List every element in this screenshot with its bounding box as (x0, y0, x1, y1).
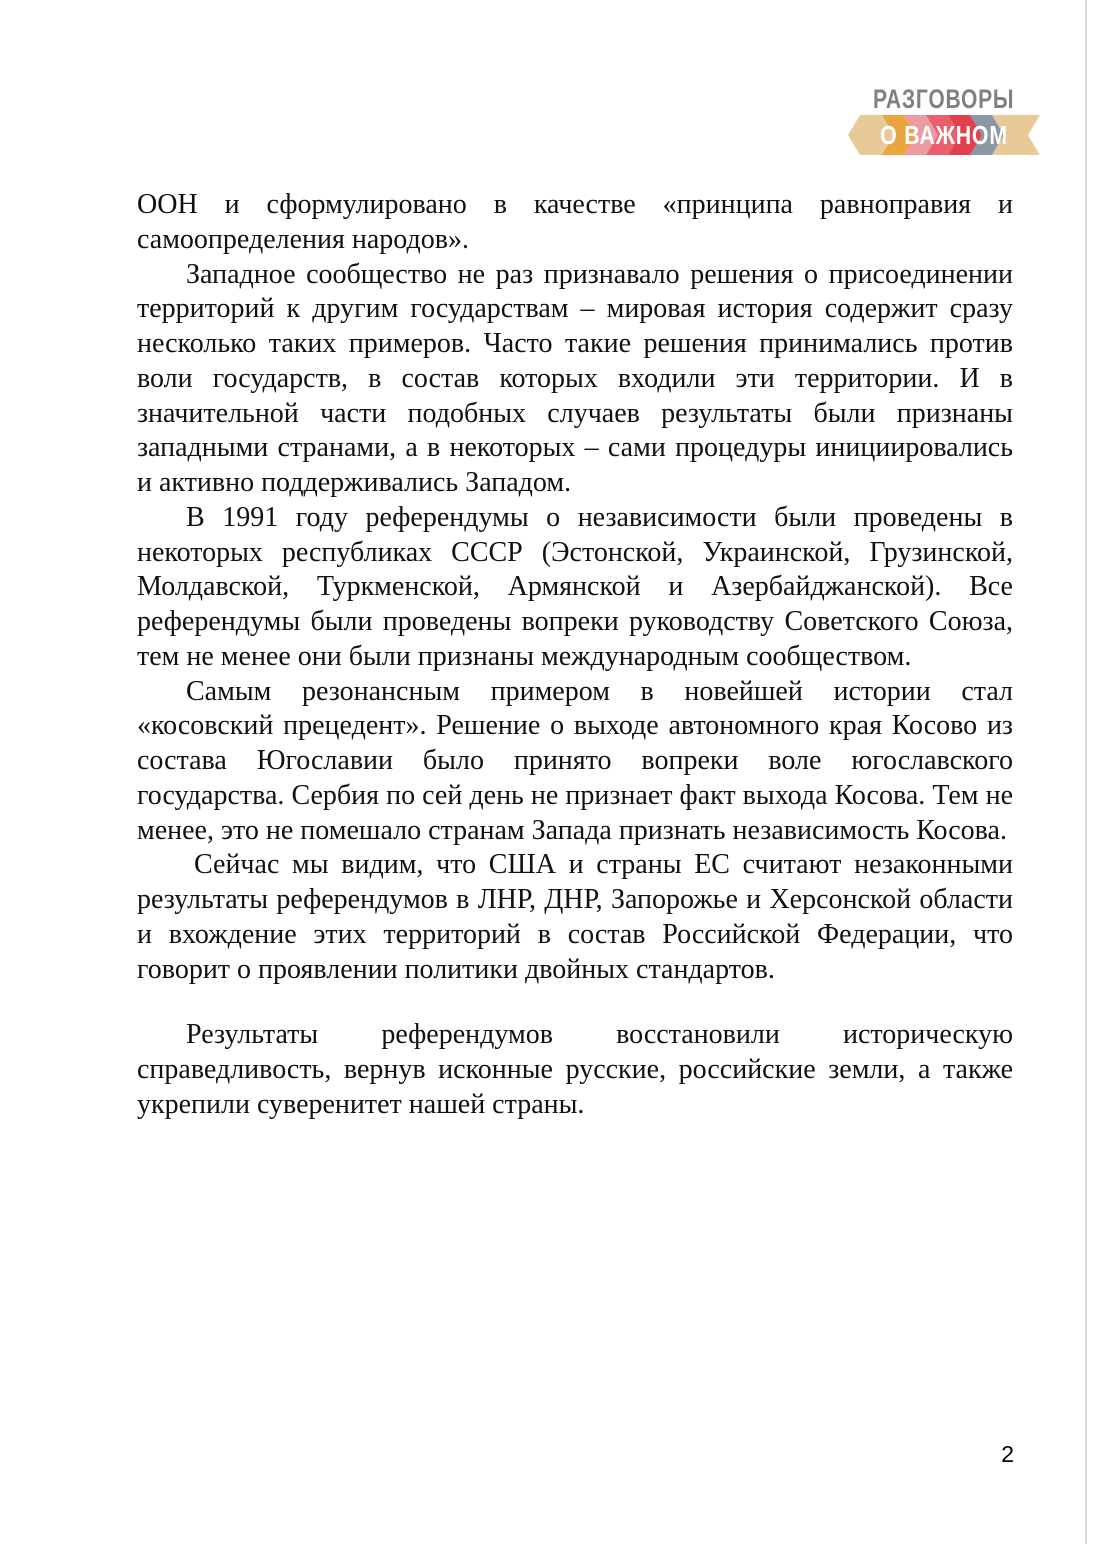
logo-title-text: РАЗГОВОРЫ (873, 84, 1014, 114)
page-edge-line (1085, 0, 1087, 1544)
paragraph-1991-referendums: В 1991 году референдумы о независимости … (137, 501, 1013, 675)
paragraph-usa-eu: Сейчас мы видим, что США и страны ЕС счи… (137, 848, 1013, 987)
paragraph-kosovo-precedent: Самым резонансным примером в новейшей ис… (137, 675, 1013, 849)
logo-banner: О ВАЖНОМ (846, 115, 1042, 155)
paragraph-continuation: ООН и сформулировано в качестве «принцип… (137, 188, 1013, 258)
document-page-text: ООН и сформулировано в качестве «принцип… (137, 188, 1013, 1123)
paragraph-western-community: Западное сообщество не раз признавало ре… (137, 258, 1013, 501)
page-number: 2 (1001, 1441, 1014, 1468)
paragraph-results: Результаты референдумов восстановили ист… (137, 1018, 1013, 1122)
razgovory-o-vazhnom-logo: РАЗГОВОРЫ О ВАЖНОМ (846, 84, 1042, 155)
